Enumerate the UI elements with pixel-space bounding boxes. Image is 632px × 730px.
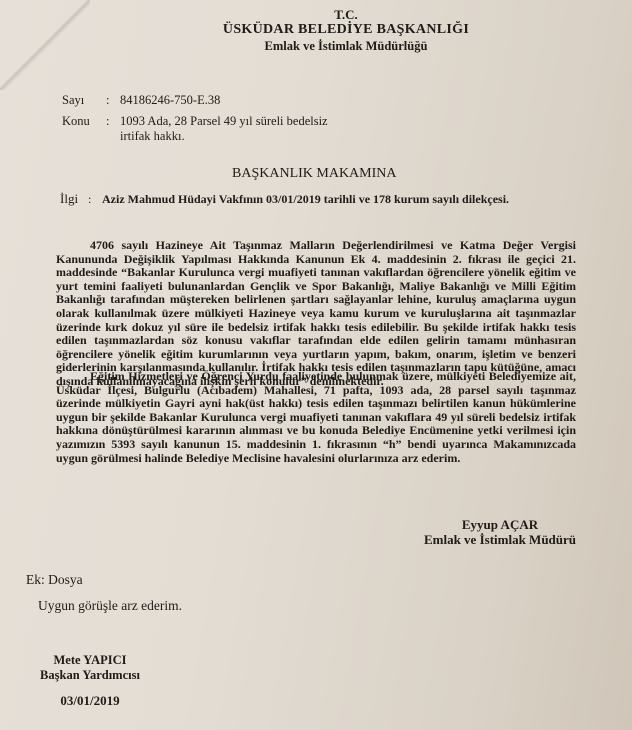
signature-block-deputy-mayor: Mete YAPICI Başkan Yardımcısı 03/01/2019 xyxy=(30,653,150,708)
approval-note: Uygun görüşle arz ederim. xyxy=(38,598,182,614)
konu-row: Konu: 1093 Ada, 28 Parsel 49 yıl süreli … xyxy=(62,114,328,144)
header-department: Emlak ve İstimlak Müdürlüğü xyxy=(30,39,632,54)
header-tc: T.C. xyxy=(30,7,632,23)
attachment-note: Ek: Dosya xyxy=(26,572,83,588)
signature-block-director: Eyyup AÇAR Emlak ve İstimlak Müdürü xyxy=(400,517,600,547)
paragraph-text: 4706 sayılı Hazineye Ait Taşınmaz Mallar… xyxy=(56,239,576,389)
ilgi-value: Aziz Mahmud Hüdayi Vakfının 03/01/2019 t… xyxy=(102,192,509,206)
ilgi-row: İlgi:Aziz Mahmud Hüdayi Vakfının 03/01/2… xyxy=(60,191,509,207)
signatory-name: Mete YAPICI xyxy=(30,653,150,668)
konu-label: Konu xyxy=(62,114,106,129)
signatory-name: Eyyup AÇAR xyxy=(400,517,600,532)
konu-value-line2: irtifak hakkı. xyxy=(120,129,328,144)
paragraph-text: Eğitim Hizmetleri ve Öğrenci Yurdu faali… xyxy=(56,370,576,465)
sayi-label: Sayı xyxy=(62,93,106,108)
header-institution: ÜSKÜDAR BELEDİYE BAŞKANLIĞI xyxy=(30,22,632,38)
konu-colon: : xyxy=(106,114,120,129)
sayi-value: 84186246-750-E.38 xyxy=(120,93,220,107)
sayi-row: Sayı:84186246-750-E.38 xyxy=(62,93,220,108)
signature-date: 03/01/2019 xyxy=(30,693,150,708)
signatory-title: Emlak ve İstimlak Müdürü xyxy=(400,532,600,547)
ilgi-colon: : xyxy=(88,192,102,207)
addressee: BAŞKANLIK MAKAMINA xyxy=(232,166,397,182)
body-paragraph-2: Eğitim Hizmetleri ve Öğrenci Yurdu faali… xyxy=(56,370,576,465)
sayi-colon: : xyxy=(106,93,120,108)
body-paragraph-1: 4706 sayılı Hazineye Ait Taşınmaz Mallar… xyxy=(56,239,576,389)
signatory-title: Başkan Yardımcısı xyxy=(30,668,150,683)
konu-value-line1: 1093 Ada, 28 Parsel 49 yıl süreli bedels… xyxy=(120,114,328,129)
ilgi-label: İlgi xyxy=(60,191,88,207)
